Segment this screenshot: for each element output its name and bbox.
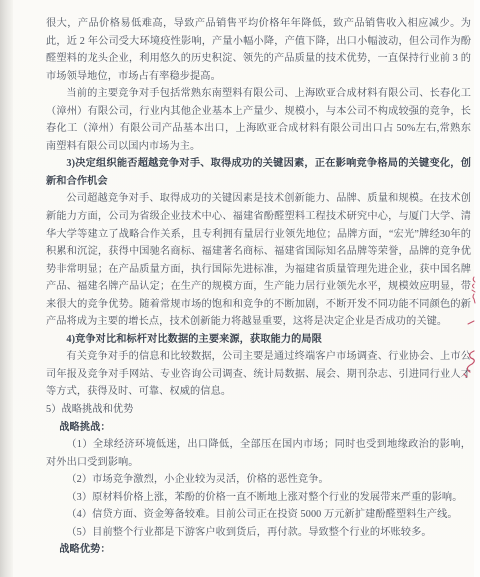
subheading-strategic-challenges: 战略挑战：: [46, 419, 471, 437]
challenge-item-4: （4）信贷方面、资金筹备较难。目前公司正在投资 5000 万元新扩建酚醛塑料生产…: [46, 506, 471, 524]
paragraph-success-factors-detail: 公司超越竞争对手、取得成功的关键因素是技术创新能力、品牌、质量和规模。在技术创新…: [46, 190, 471, 330]
subheading-strategic-advantages: 战略优势：: [46, 541, 471, 559]
scan-left-edge-shadow: [0, 0, 13, 577]
red-annotation-dash: [467, 318, 476, 327]
heading-item-3-key-success-factors: 3)决定组织能否超越竞争对手、取得成功的关键因素，正在影响竞争格局的关键变化，创…: [46, 155, 471, 190]
scanned-document-page: 很大，产品价格易低难高，导致产品销售平均价格年年降低，致产品销售收入相应减少。为…: [0, 0, 480, 577]
paragraph-price-pressure-continuation: 很大，产品价格易低难高，导致产品销售平均价格年年降低，致产品销售收入相应减少。为…: [46, 15, 471, 85]
heading-item-4-benchmark-data-sources: 4)竞争对比和标杆对比数据的主要来源，获取能力的局限: [46, 331, 471, 349]
challenge-item-5: （5）目前整个行业都是下游客户收到货后，再付款。导致整个行业的坏账较多。: [46, 524, 471, 542]
document-text-block: 很大，产品价格易低难高，导致产品销售平均价格年年降低，致产品销售收入相应减少。为…: [46, 15, 471, 559]
challenge-item-1: （1）全球经济环境低迷，出口降低，全部压在国内市场；同时也受到地缘政治的影响，对…: [46, 436, 471, 471]
red-annotation-scribble-large: [461, 349, 478, 379]
red-annotation-scribble-small: [468, 276, 479, 304]
challenge-item-3: （3）原材料价格上涨，苯酚的价格一直不断地上涨对整个行业的发展带来严重的影响。: [46, 489, 471, 507]
paragraph-competitor-info-sources: 有关竞争对手的信息和比较数据，公司主要是通过终端客户市场调查、行业协会、上市公司…: [46, 348, 471, 401]
heading-item-5-strategic-challenges-advantages: 5）战略挑战和优势: [46, 401, 471, 419]
challenge-item-2: （2）市场竞争激烈，小企业较为灵活，价格的恶性竞争。: [46, 471, 471, 489]
paragraph-main-competitors: 当前的主要竞争对手包括常熟东南塑料有限公司、上海欧亚合成材料有限公司、长春化工（…: [46, 85, 471, 155]
